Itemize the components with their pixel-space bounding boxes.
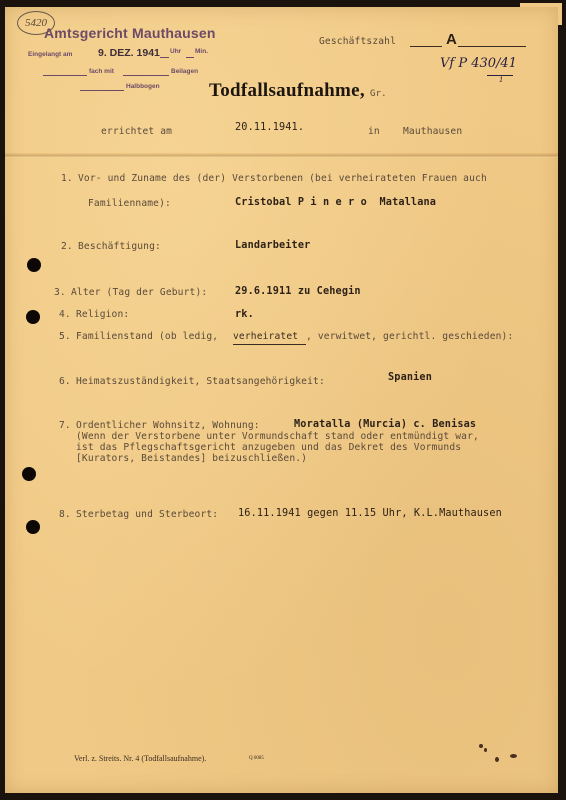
field-number: 5.: [59, 331, 71, 342]
footer-form-ref: Verl. z. Streits. Nr. 4 (Todfallsaufnahm…: [74, 754, 206, 763]
footer-print-code: Q 0085: [249, 756, 264, 761]
field-number: 1.: [61, 173, 73, 184]
reference-label: Geschäftszahl: [319, 36, 396, 47]
marital-status-selected: verheiratet: [233, 331, 298, 342]
field-number: 4.: [59, 309, 71, 320]
stamp-copies-label: fach mit: [89, 68, 114, 75]
field-label: Heimatszuständigkeit, Staatsangehörigkei…: [76, 376, 325, 387]
document-title: Todfallsaufnahme,: [209, 80, 365, 102]
established-label: errichtet am: [101, 126, 172, 137]
ink-spot: [484, 748, 487, 752]
paper-fold: [5, 153, 558, 158]
field-label: Religion:: [76, 309, 129, 320]
stamp-received-date: 9. DEZ. 1941: [98, 47, 160, 59]
handwritten-reference-sub: 1: [499, 76, 503, 84]
stamp-hours-label: Uhr: [170, 48, 181, 55]
field-label: Ordentlicher Wohnsitz, Wohnung:: [76, 420, 260, 431]
ink-spot: [495, 757, 499, 762]
stamp-received-label: Eingelangt am: [28, 51, 72, 58]
field-label-suffix: , verwitwet, gerichtl. geschieden):: [306, 331, 513, 342]
occupation-value: Landarbeiter: [235, 240, 310, 251]
stamp-enclosures-label: Beilagen: [171, 68, 198, 75]
title-suffix: Gr.: [370, 89, 387, 99]
death-value: 16.11.1941 gegen 11.15 Uhr, K.L.Mauthaus…: [238, 508, 502, 519]
established-in-label: in: [368, 126, 380, 137]
field-label-prefix: Familienstand (ob ledig,: [76, 331, 224, 342]
punch-hole: [26, 520, 40, 534]
field-number: 2.: [61, 241, 73, 252]
field-label-cont: Familienname):: [88, 198, 171, 209]
stamp-minutes-label: Min.: [195, 48, 208, 55]
punch-hole: [22, 467, 36, 481]
ink-spot: [479, 744, 483, 748]
field-number: 6.: [59, 376, 71, 387]
residence-value: Moratalla (Murcia) c. Benisas: [294, 419, 476, 430]
citizenship-value: Spanien: [388, 372, 432, 383]
established-place: Mauthausen: [403, 126, 462, 137]
handwritten-reference: Vf P 430/41: [440, 56, 517, 71]
punch-hole: [26, 310, 40, 324]
residence-note-1: (Wenn der Verstorbene unter Vormundschaf…: [76, 431, 479, 442]
field-label: Beschäftigung:: [78, 241, 161, 252]
residence-note-3: [Kurators, Beistandes] beizuschließen.): [76, 453, 307, 464]
residence-note-2: ist das Pflegschaftsgericht anzugeben un…: [76, 442, 461, 453]
reference-prefix: A: [446, 31, 457, 48]
field-label: Vor- und Zuname des (der) Verstorbenen (…: [78, 173, 487, 184]
field-label: Alter (Tag der Geburt):: [71, 287, 207, 298]
punch-hole: [27, 258, 41, 272]
field-number: 3.: [54, 287, 66, 298]
stamp-half-sheets-label: Halbbogen: [126, 83, 160, 90]
birth-value: 29.6.1911 zu Cehegin: [235, 286, 361, 297]
established-date: 20.11.1941.: [235, 122, 304, 133]
field-number: 7.: [59, 420, 71, 431]
stamp-court-name: Amtsgericht Mauthausen: [44, 25, 216, 41]
religion-value: rk.: [235, 309, 254, 320]
field-number: 8.: [59, 509, 71, 520]
field-label: Sterbetag und Sterbeort:: [76, 509, 218, 520]
ink-spot: [510, 754, 517, 758]
deceased-name: Cristobal P i n e r o Matallana: [235, 197, 436, 208]
